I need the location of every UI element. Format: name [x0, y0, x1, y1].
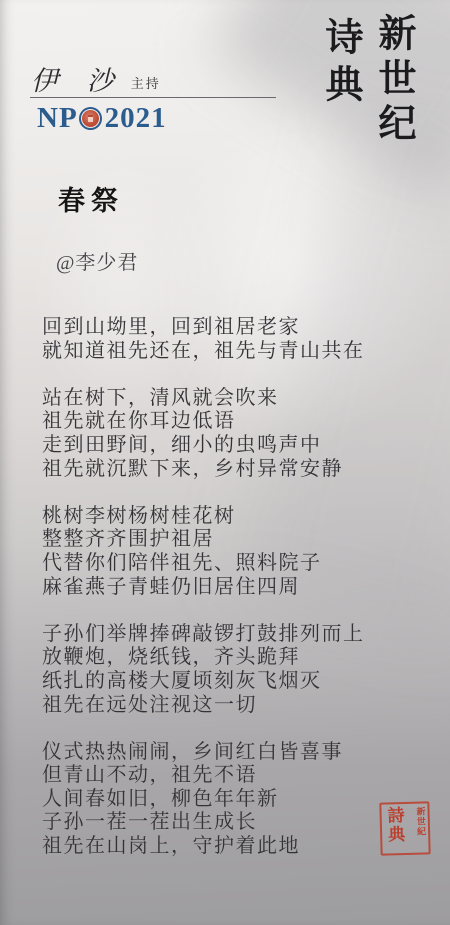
logo-year: 2021 — [105, 102, 167, 135]
poem-line: 祖先就在你耳边低语 — [42, 410, 365, 434]
poem-title: 春祭 — [58, 179, 124, 218]
poem-body: 回到山坳里，回到祖居老家就知道祖先还在，祖先与青山共在站在树下，清风就会吹来祖先… — [42, 316, 365, 859]
poem-line: 走到田野间，细小的虫鸣声中 — [42, 434, 365, 458]
poem-line: 代替你们陪伴祖先、照料院子 — [42, 552, 365, 576]
poem-line: 纸扎的高楼大厦顷刻灰飞烟灭 — [42, 670, 365, 694]
poem-line: 放鞭炮，烧纸钱，齐头跪拜 — [42, 646, 365, 670]
poem-line: 整整齐齐围护祖居 — [42, 528, 365, 552]
poem-line: 仪式热热闹闹，乡间红白皆喜事 — [42, 741, 365, 765]
masthead-column-shidian: 诗典 — [313, 17, 368, 111]
poem-line: 祖先在山岗上，守护着此地 — [42, 835, 365, 859]
poem-line: 桃树李树杨树桂花树 — [42, 505, 365, 529]
logo-letters: NP — [37, 102, 78, 135]
poem-line: 子孙一茬一茬出生成长 — [42, 811, 365, 835]
masthead-column-xinshiji: 新世纪 — [366, 13, 421, 148]
seal-small-text: 新世紀 — [415, 806, 426, 836]
poem-line: 祖先就沉默下来，乡村异常安静 — [42, 458, 365, 482]
poem-line: 回到山坳里，回到祖居老家 — [42, 316, 365, 340]
poem-author: @李少君 — [56, 246, 138, 275]
header-divider — [30, 97, 276, 98]
npc-logo: NP 2021 — [37, 102, 167, 135]
seal-large-text: 詩典 — [384, 806, 403, 844]
poetry-card: 伊 沙 主持 NP 2021 新世纪 诗典 春祭 @李少君 回到山坳里，回到祖居… — [0, 0, 450, 925]
logo-seal-icon — [79, 107, 102, 130]
poem-line: 站在树下，清风就会吹来 — [42, 387, 365, 411]
poem-stanza: 桃树李树杨树桂花树整整齐齐围护祖居代替你们陪伴祖先、照料院子麻雀燕子青蛙仍旧居住… — [42, 505, 365, 599]
editor-name: 伊 沙 — [31, 66, 125, 96]
poem-line: 祖先在远处注视这一切 — [42, 694, 365, 718]
poem-stanza: 仪式热热闹闹，乡间红白皆喜事但青山不动，祖先不语人间春如旧，柳色年年新子孙一茬一… — [42, 741, 365, 859]
poem-line: 麻雀燕子青蛙仍旧居住四周 — [42, 576, 365, 600]
poem-line: 人间春如旧，柳色年年新 — [42, 788, 365, 812]
poem-line: 但青山不动，祖先不语 — [42, 764, 365, 788]
editor-role-label: 主持 — [131, 76, 161, 91]
poem-stanza: 站在树下，清风就会吹来祖先就在你耳边低语走到田野间，细小的虫鸣声中祖先就沉默下来… — [42, 387, 365, 481]
editor-row: 伊 沙 主持 — [31, 59, 161, 98]
poem-line: 就知道祖先还在，祖先与青山共在 — [42, 340, 365, 364]
logo-seal-stamp-icon — [82, 110, 99, 127]
poem-stanza: 回到山坳里，回到祖居老家就知道祖先还在，祖先与青山共在 — [42, 316, 365, 363]
poem-line: 子孙们举牌捧碑敲锣打鼓排列而上 — [42, 623, 365, 647]
poetry-canon-seal: 詩典 新世紀 — [379, 801, 430, 855]
poem-stanza: 子孙们举牌捧碑敲锣打鼓排列而上放鞭炮，烧纸钱，齐头跪拜纸扎的高楼大厦顷刻灰飞烟灭… — [42, 623, 365, 717]
